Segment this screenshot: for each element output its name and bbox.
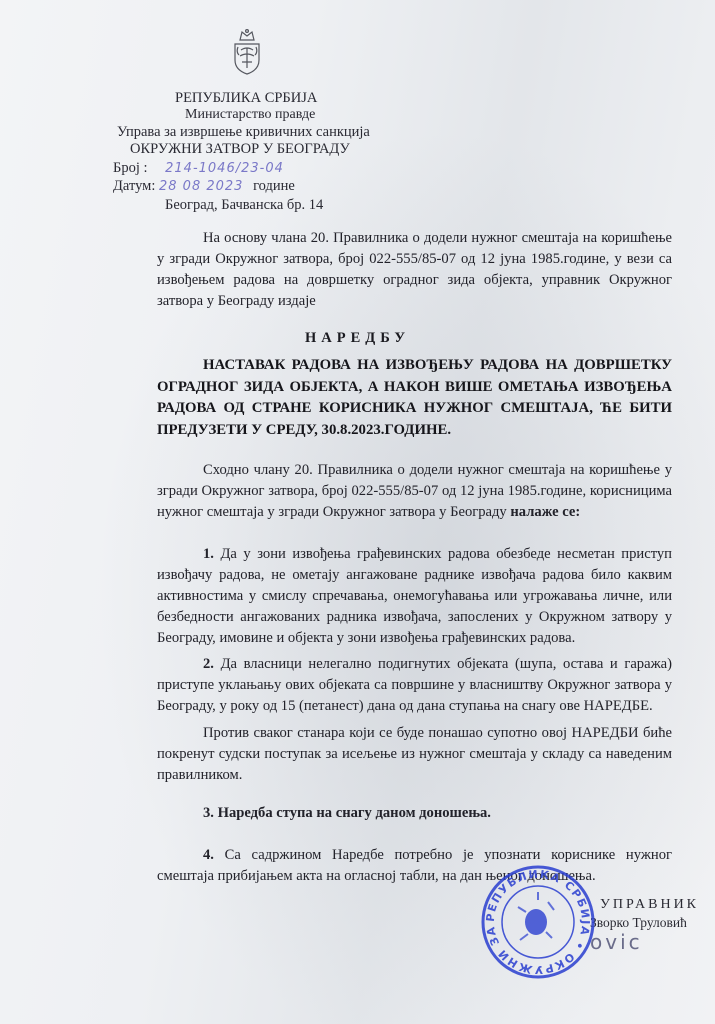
ministry-name: Министарство правде	[185, 107, 315, 123]
subject-paragraph: НАСТАВАК РАДОВА НА ИЗВОЂЕЊУ РАДОВА НА ДО…	[157, 355, 672, 441]
address: Београд, Бачванска бр. 14	[165, 197, 323, 214]
signatory-title: УПРАВНИК	[600, 897, 699, 913]
reference-number: Број : 214-1046/23-04	[113, 160, 284, 177]
official-stamp-icon: РЕПУБЛИКА СРБИЈА • ОКРУЖНИ ЗАТВОР • БЕОГ…	[478, 862, 598, 982]
directorate-name: Управа за извршење кривичних санкција	[117, 124, 370, 141]
number-value: 214-1046/23-04	[165, 161, 284, 176]
item-number: 2.	[203, 656, 214, 672]
number-label: Број :	[113, 160, 148, 176]
date-suffix: године	[253, 178, 295, 194]
date-value: 28 08 2023	[159, 179, 243, 194]
item-3: 3. Наредба ступа на снагу даном доношења…	[157, 803, 672, 824]
item-number: 1.	[203, 546, 214, 562]
item-text: Да у зони извођења грађевинских радова о…	[157, 546, 672, 646]
document-date: Датум: 28 08 2023 године	[113, 178, 295, 195]
list-item: 2. Да власници нелегално подигнутих обје…	[157, 654, 672, 717]
date-label: Датум:	[113, 178, 155, 194]
list-item: 1. Да у зони извођења грађевинских радов…	[157, 544, 672, 649]
preamble-paragraph: Сходно члану 20. Правилника о додели нуж…	[157, 460, 672, 523]
signatory-name: Зворко Труловић	[590, 915, 687, 931]
preamble-emphasis: налаже се:	[510, 504, 580, 520]
document-title: НАРЕДБУ	[0, 330, 715, 347]
preamble-text: Сходно члану 20. Правилника о додели нуж…	[157, 462, 672, 520]
warning-paragraph: Против сваког станара који се буде понаш…	[157, 723, 672, 786]
intro-paragraph: На основу члана 20. Правилника о додели …	[157, 228, 672, 312]
item-number: 4.	[203, 847, 214, 863]
item-text: Да власници нелегално подигнутих објекат…	[157, 656, 672, 714]
country-name: РЕПУБЛИКА СРБИЈА	[175, 90, 317, 107]
coat-of-arms-icon	[230, 28, 264, 76]
institution-name: ОКРУЖНИ ЗАТВОР У БЕОГРАДУ	[130, 141, 350, 158]
